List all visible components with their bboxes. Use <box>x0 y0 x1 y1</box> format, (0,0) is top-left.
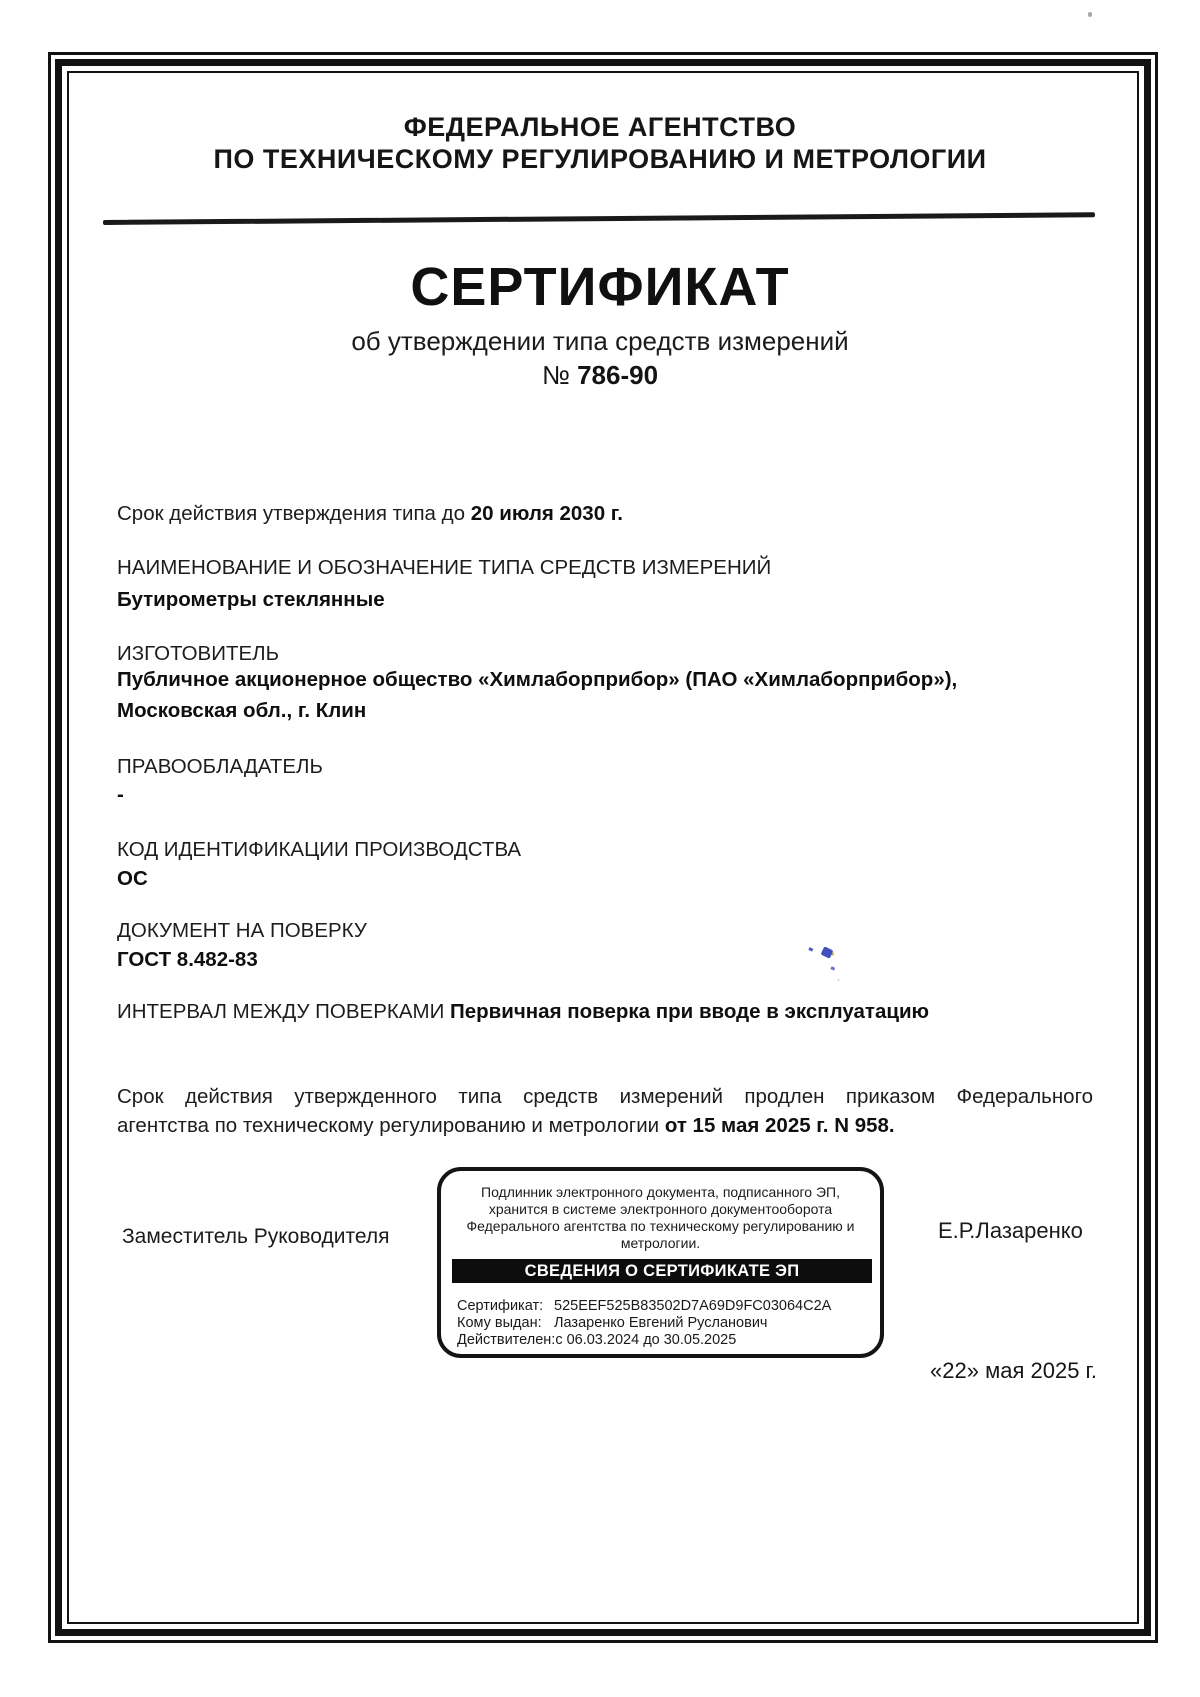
validity-label: Срок действия утверждения типа до <box>117 502 465 525</box>
field-name-type-value: Бутирометры стеклянные <box>117 588 385 612</box>
validity-value: 20 июля 2030 г. <box>471 502 623 525</box>
decree-line2-text: агентства по техническому регулированию … <box>117 1114 659 1137</box>
number-sign: № <box>542 360 570 390</box>
document-title: СЕРТИФИКАТ <box>0 256 1200 318</box>
field-verification-interval-label: ИНТЕРВАЛ МЕЖДУ ПОВЕРКАМИ <box>117 1000 444 1023</box>
stamp-row-certificate: Сертификат: 525EEF525B83502D7A69D9FC0306… <box>457 1298 872 1315</box>
stamp-intro-line2: хранится в системе электронного документ… <box>441 1201 880 1218</box>
stamp-issued-to-label: Кому выдан: <box>457 1315 554 1332</box>
stamp-row-issued-to: Кому выдан: Лазаренко Евгений Русланович <box>457 1315 872 1332</box>
signatory-name: Е.Р.Лазаренко <box>938 1218 1083 1244</box>
stamp-valid-period-label: Действителен: <box>457 1332 555 1349</box>
stamp-bar-title: СВЕДЕНИЯ О СЕРТИФИКАТЕ ЭП <box>452 1259 872 1283</box>
field-manufacturer-label: ИЗГОТОВИТЕЛЬ <box>117 642 279 666</box>
stamp-intro-line1: Подлинник электронного документа, подпис… <box>441 1184 880 1201</box>
field-manufacturer-value-line2: Московская обл., г. Клин <box>117 699 366 723</box>
stamp-intro-line3: Федерального агентства по техническому р… <box>441 1218 880 1235</box>
field-rights-holder-label: ПРАВООБЛАДАТЕЛЬ <box>117 755 323 779</box>
field-verification-doc-value: ГОСТ 8.482-83 <box>117 948 258 972</box>
number-value: 786-90 <box>577 360 658 390</box>
stamp-certificate-details: Сертификат: 525EEF525B83502D7A69D9FC0306… <box>457 1298 872 1349</box>
decree-order-date: от 15 мая 2025 г. N 958. <box>665 1114 895 1137</box>
stamp-issued-to-value: Лазаренко Евгений Русланович <box>554 1315 872 1332</box>
stamp-valid-period-value: с 06.03.2024 до 30.05.2025 <box>555 1332 872 1349</box>
signature-date: «22» мая 2025 г. <box>930 1358 1097 1384</box>
document-subtitle: об утверждении типа средств измерений <box>0 326 1200 357</box>
e-signature-stamp: Подлинник электронного документа, подпис… <box>437 1167 884 1358</box>
agency-name-line1: ФЕДЕРАЛЬНОЕ АГЕНТСТВО <box>0 112 1200 143</box>
certificate-scan-page: ФЕДЕРАЛЬНОЕ АГЕНТСТВО ПО ТЕХНИЧЕСКОМУ РЕ… <box>0 0 1200 1697</box>
scan-speckle <box>1088 12 1092 17</box>
field-name-type-label: НАИМЕНОВАНИЕ И ОБОЗНАЧЕНИЕ ТИПА СРЕДСТВ … <box>117 556 771 580</box>
field-production-code-label: КОД ИДЕНТИФИКАЦИИ ПРОИЗВОДСТВА <box>117 838 521 862</box>
signatory-position: Заместитель Руководителя <box>122 1225 389 1249</box>
validity-line: Срок действия утверждения типа до 20 июл… <box>117 502 623 526</box>
field-production-code-value: ОС <box>117 867 148 891</box>
stamp-certificate-value: 525EEF525B83502D7A69D9FC03064C2A <box>554 1298 872 1315</box>
decree-line2: агентства по техническому регулированию … <box>117 1111 1093 1140</box>
field-verification-doc-label: ДОКУМЕНТ НА ПОВЕРКУ <box>117 919 367 943</box>
decree-line1: Срок действия утвержденного типа средств… <box>117 1082 1093 1111</box>
certificate-number: № 786-90 <box>0 360 1200 391</box>
agency-name-line2: ПО ТЕХНИЧЕСКОМУ РЕГУЛИРОВАНИЮ И МЕТРОЛОГ… <box>0 144 1200 175</box>
stamp-intro-text: Подлинник электронного документа, подпис… <box>441 1184 880 1252</box>
stamp-certificate-label: Сертификат: <box>457 1298 554 1315</box>
field-verification-interval-value: Первичная поверка при вводе в эксплуатац… <box>450 1000 929 1023</box>
stamp-intro-line4: метрологии. <box>441 1235 880 1252</box>
field-manufacturer-value-line1: Публичное акционерное общество «Химлабор… <box>117 668 957 692</box>
field-verification-interval-line: ИНТЕРВАЛ МЕЖДУ ПОВЕРКАМИ Первичная повер… <box>117 1000 929 1024</box>
stamp-row-valid-period: Действителен: с 06.03.2024 до 30.05.2025 <box>457 1332 872 1349</box>
decree-paragraph: Срок действия утвержденного типа средств… <box>117 1082 1093 1140</box>
field-rights-holder-value: - <box>117 783 124 807</box>
